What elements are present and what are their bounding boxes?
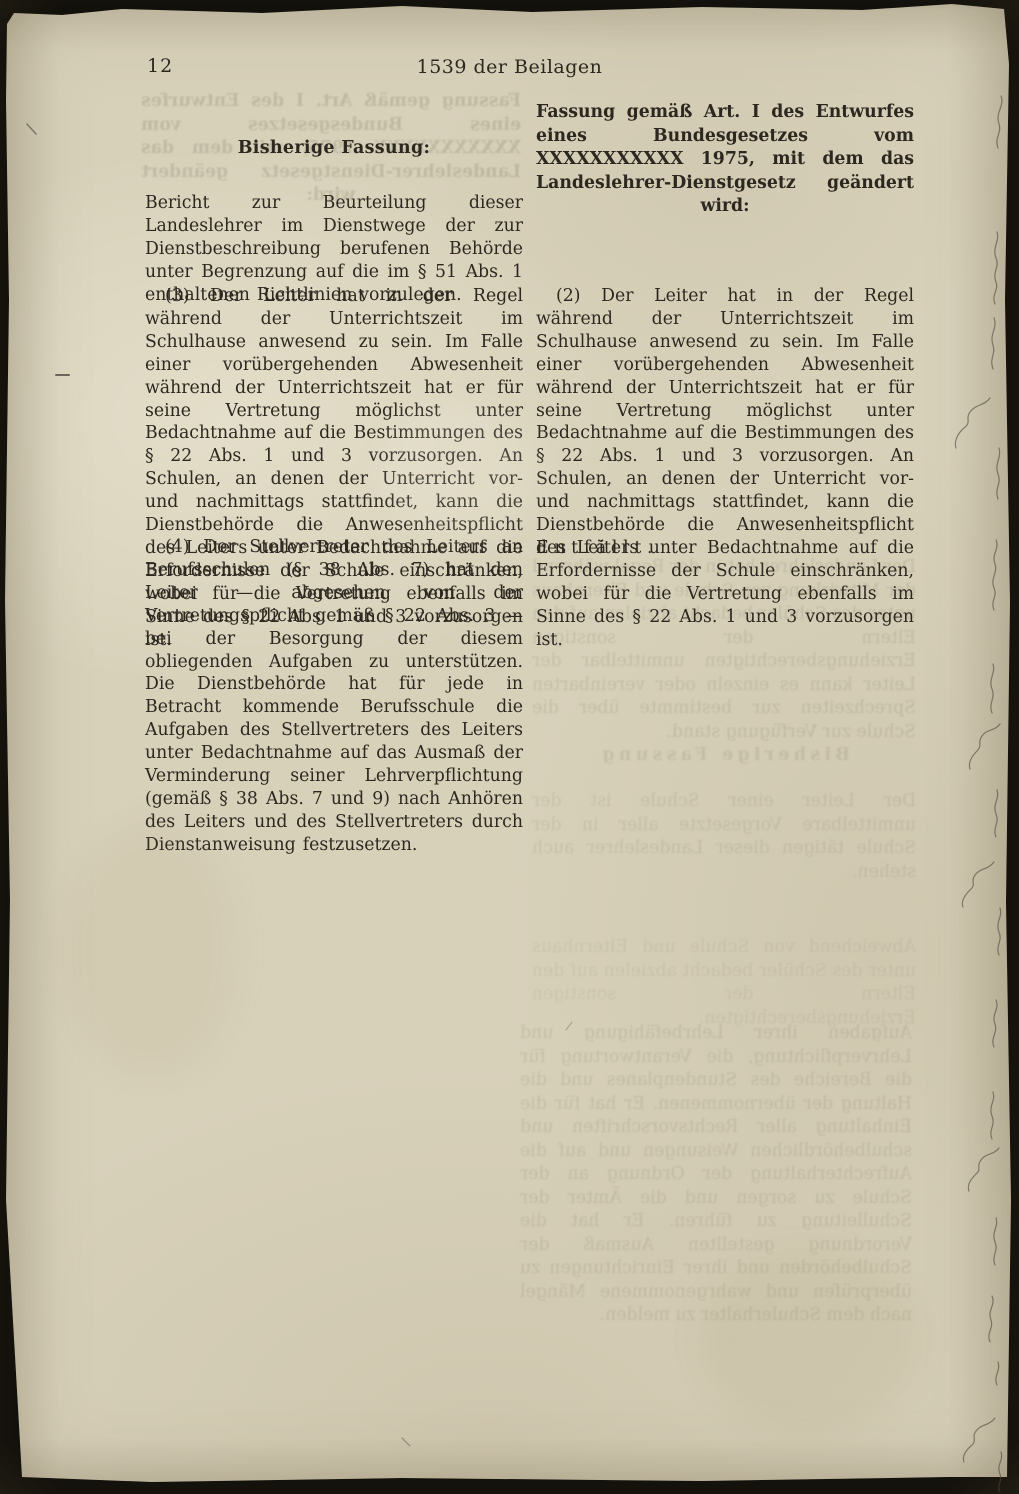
left-paragraph-4: (4) Der Stellvertreter des Leiters an Be… xyxy=(145,536,523,857)
scanned-page: Fassung gemäß Art. I des Entwurfes eines… xyxy=(0,0,1019,1494)
bleedthrough-text-block: Aufgaben ihrer Lehrbefähigung und Lehrve… xyxy=(520,1022,912,1328)
running-header: 1539 der Beilagen xyxy=(0,56,1019,78)
bleedthrough-centered-line: Bisherige Fassung xyxy=(532,744,916,768)
right-paragraph-2: (2) Der Leiter hat in der Regel während … xyxy=(536,285,914,652)
right-column-heading: Fassung gemäß Art. I des Entwurfes eines… xyxy=(536,101,914,219)
bleedthrough-text-block: Abweichend von Schule und Elternhaus unt… xyxy=(532,936,916,1030)
bleedthrough-text-block: Der Leiter einer Schule ist der unmittel… xyxy=(532,790,916,884)
paper-stain xyxy=(700,1250,920,1430)
left-column-heading: Bisherige Fassung: xyxy=(145,138,523,158)
entfaellt-note: Entfällt. xyxy=(536,538,658,558)
paper-stain xyxy=(60,820,240,1080)
